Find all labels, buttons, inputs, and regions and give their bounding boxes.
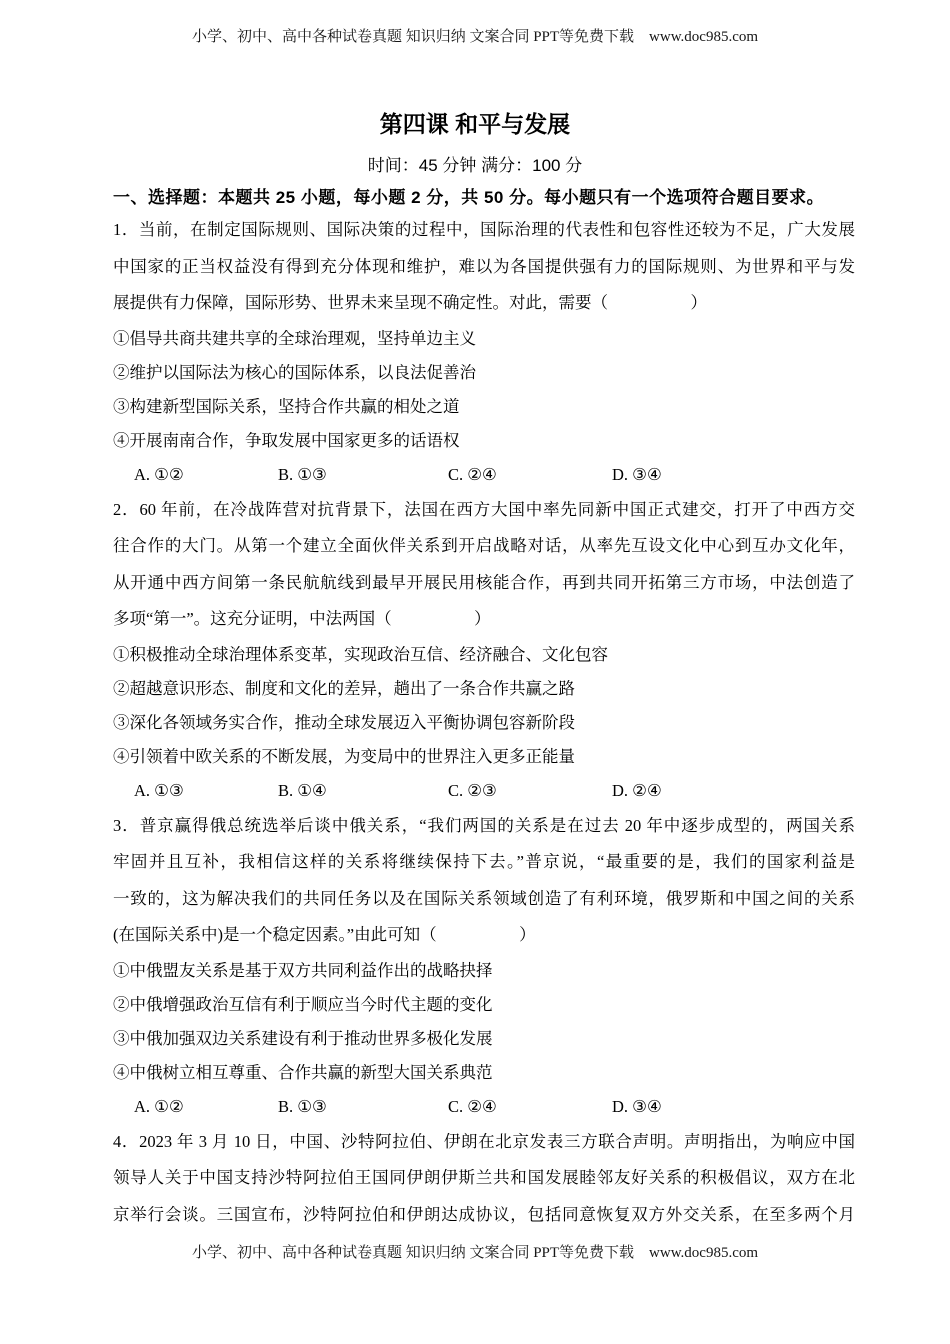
choice-item-3: ③构建新型国际关系，坚持合作共赢的相处之道 [113,390,855,424]
question-stem-line: 3．普京赢得俄总统选举后谈中俄关系，“我们两国的关系是在过去 20 年中逐步成型… [113,808,855,845]
option-d: D. ③④ [612,1090,662,1124]
question-stem-line: 2．60 年前，在冷战阵营对抗背景下，法国在西方大国中率先同新中国正式建交，打开… [113,492,855,529]
option-a: A. ①③ [134,774,278,808]
exam-meta: 时间：45 分钟 满分：100 分 [0,154,950,178]
question-stem-line: 牢固并且互补，我相信这样的关系将继续保持下去。”普京说，“最重要的是，我们的国家… [113,844,855,881]
option-b: B. ①③ [278,458,448,492]
question-4: 4．2023 年 3 月 10 日，中国、沙特阿拉伯、伊朗在北京发表三方联合声明… [113,1124,855,1234]
choice-item-1: ①积极推动全球治理体系变革，实现政治互信、经济融合、文化包容 [113,638,855,672]
page-title: 第四课 和平与发展 [0,108,950,140]
choice-item-2: ②超越意识形态、制度和文化的差异，趟出了一条合作共赢之路 [113,672,855,706]
question-stem-line: 4．2023 年 3 月 10 日，中国、沙特阿拉伯、伊朗在北京发表三方联合声明… [113,1124,855,1161]
choice-item-4: ④中俄树立相互尊重、合作共赢的新型大国关系典范 [113,1056,855,1090]
option-a: A. ①② [134,1090,278,1124]
choice-item-2: ②维护以国际法为核心的国际体系，以良法促善治 [113,356,855,390]
question-1: 1．当前，在制定国际规则、国际决策的过程中，国际治理的代表性和包容性还较为不足，… [113,212,855,492]
option-c: C. ②④ [448,1090,612,1124]
question-stem-line: 1．当前，在制定国际规则、国际决策的过程中，国际治理的代表性和包容性还较为不足，… [113,212,855,249]
question-3: 3．普京赢得俄总统选举后谈中俄关系，“我们两国的关系是在过去 20 年中逐步成型… [113,808,855,1124]
option-b: B. ①④ [278,774,448,808]
question-stem-line: 京举行会谈。三国宣布，沙特阿拉伯和伊朗达成协议，包括同意恢复双方外交关系，在至多… [113,1197,855,1234]
choice-item-1: ①中俄盟友关系是基于双方共同利益作出的战略抉择 [113,954,855,988]
choice-item-3: ③中俄加强双边关系建设有利于推动世界多极化发展 [113,1022,855,1056]
question-stem-line: (在国际关系中)是一个稳定因素。”由此可知（ ） [113,917,855,954]
question-stem-line: 从开通中西方间第一条民航航线到最早开展民用核能合作，再到共同开拓第三方市场，中法… [113,565,855,602]
page-footer: 小学、初中、高中各种试卷真题 知识归纳 文案合同 PPT等免费下载 www.do… [0,1242,950,1264]
option-d: D. ③④ [612,458,662,492]
choice-item-3: ③深化各领域务实合作，推动全球发展迈入平衡协调包容新阶段 [113,706,855,740]
choice-item-4: ④引领着中欧关系的不断发展，为变局中的世界注入更多正能量 [113,740,855,774]
choice-item-2: ②中俄增强政治互信有利于顺应当今时代主题的变化 [113,988,855,1022]
question-stem-line: 一致的，这为解决我们的共同任务以及在国际关系领域创造了有利环境，俄罗斯和中国之间… [113,881,855,918]
choice-item-1: ①倡导共商共建共享的全球治理观，坚持单边主义 [113,322,855,356]
option-b: B. ①③ [278,1090,448,1124]
option-d: D. ②④ [612,774,662,808]
question-stem-line: 中国家的正当权益没有得到充分体现和维护，难以为各国提供强有力的国际规则、为世界和… [113,249,855,286]
options-row: A. ①②B. ①③C. ②④D. ③④ [113,1090,855,1124]
question-stem-line: 展提供有力保障，国际形势、世界未来呈现不确定性。对此，需要（ ） [113,285,855,322]
exam-page: 小学、初中、高中各种试卷真题 知识归纳 文案合同 PPT等免费下载 www.do… [0,0,950,1344]
section-heading: 一、选择题：本题共 25 小题，每小题 2 分，共 50 分。每小题只有一个选项… [113,184,855,212]
option-c: C. ②③ [448,774,612,808]
question-stem-line: 往合作的大门。从第一个建立全面伙伴关系到开启战略对话，从率先互设文化中心到互办文… [113,528,855,565]
page-header: 小学、初中、高中各种试卷真题 知识归纳 文案合同 PPT等免费下载 www.do… [0,26,950,48]
exam-content: 一、选择题：本题共 25 小题，每小题 2 分，共 50 分。每小题只有一个选项… [113,184,855,1233]
option-c: C. ②④ [448,458,612,492]
choice-item-4: ④开展南南合作，争取发展中国家更多的话语权 [113,424,855,458]
question-2: 2．60 年前，在冷战阵营对抗背景下，法国在西方大国中率先同新中国正式建交，打开… [113,492,855,808]
options-row: A. ①③B. ①④C. ②③D. ②④ [113,774,855,808]
question-stem-line: 多项“第一”。这充分证明，中法两国（ ） [113,601,855,638]
option-a: A. ①② [134,458,278,492]
question-stem-line: 领导人关于中国支持沙特阿拉伯王国同伊朗伊斯兰共和国发展睦邻友好关系的积极倡议，双… [113,1160,855,1197]
options-row: A. ①②B. ①③C. ②④D. ③④ [113,458,855,492]
